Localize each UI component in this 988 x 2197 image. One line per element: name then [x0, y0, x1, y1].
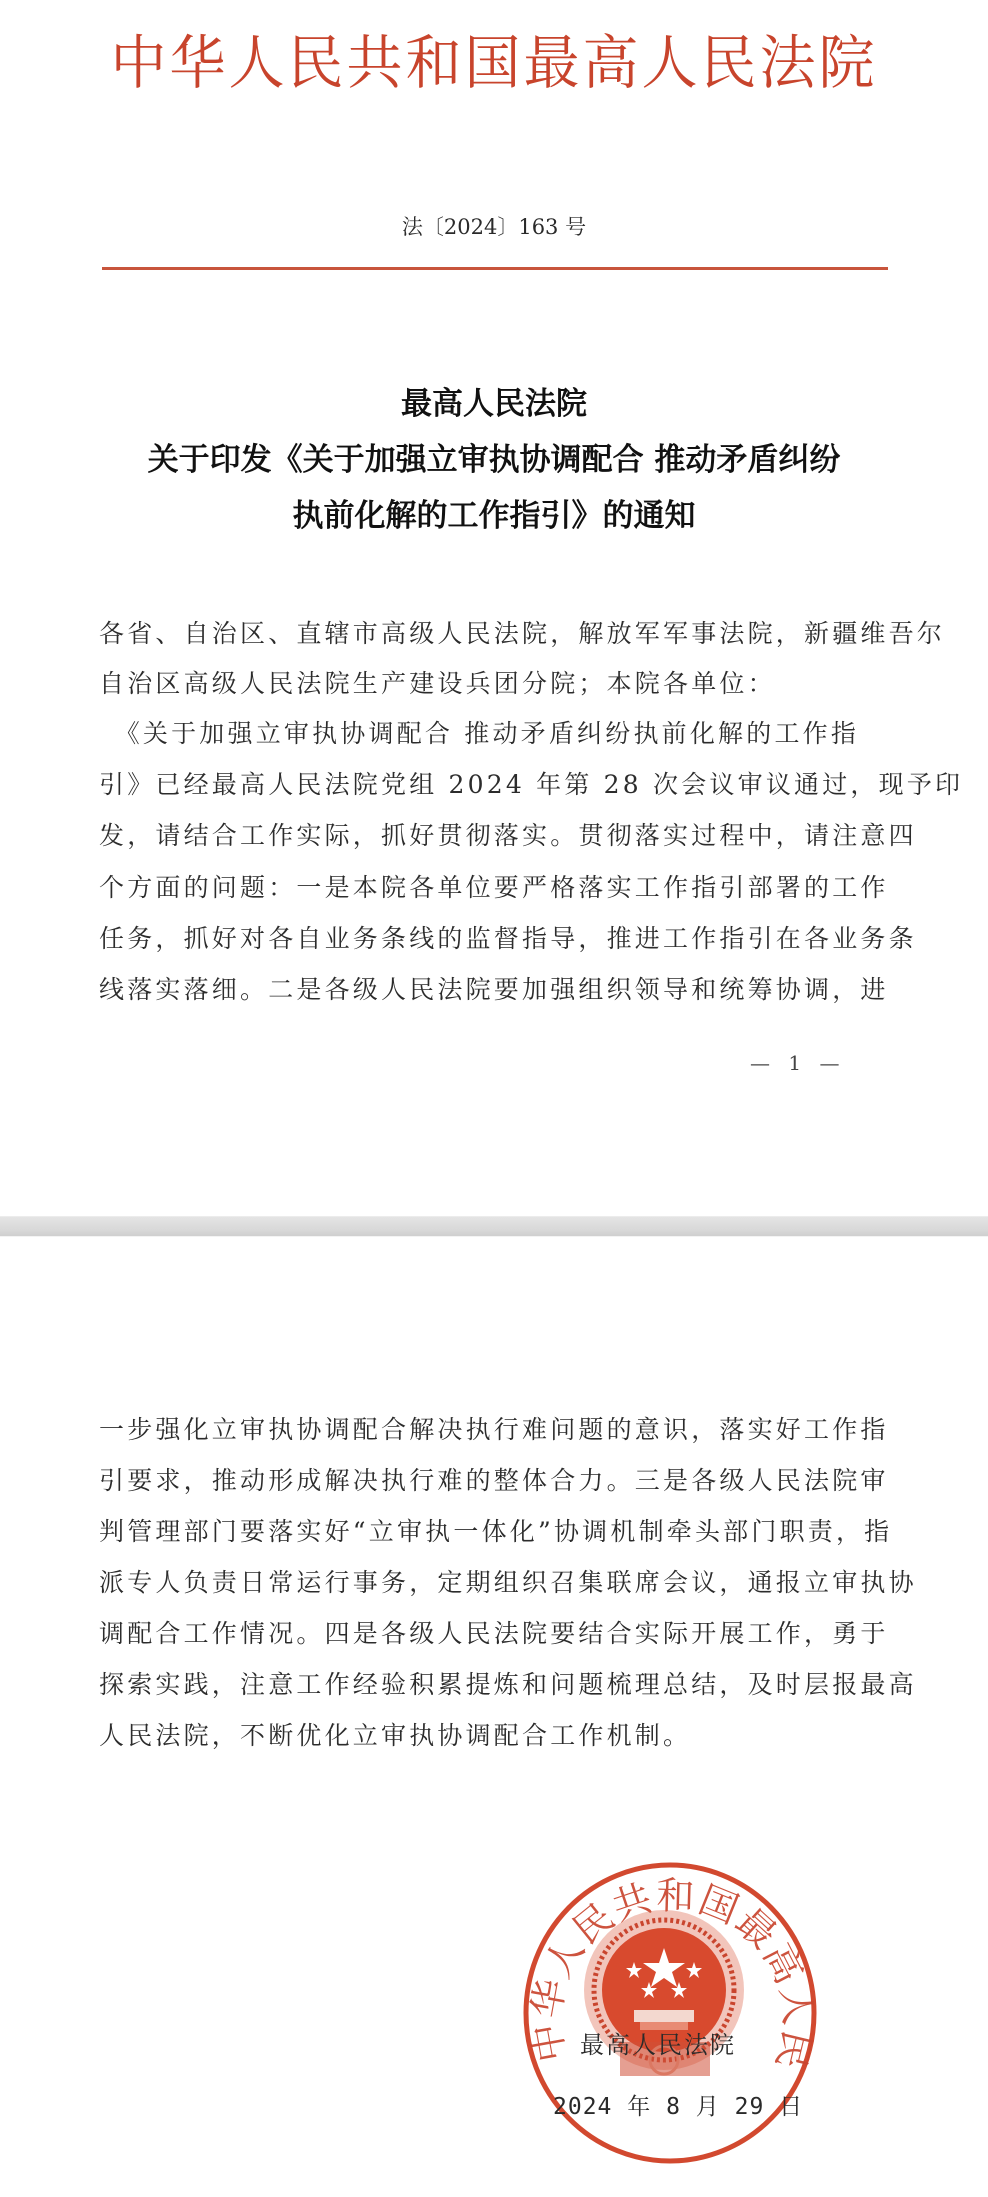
- body-line: 自治区高级人民法院生产建设兵团分院；本院各单位：: [99, 666, 889, 702]
- body-line: 个方面的问题：一是本院各单位要严格落实工作指引部署的工作: [99, 870, 889, 906]
- page-number: — 1 —: [750, 1050, 845, 1076]
- body-line: 人民法院，不断优化立审执协调配合工作机制。: [99, 1718, 889, 1754]
- body-line: 《关于加强立审执协调配合 推动矛盾纠纷执前化解的工作指: [99, 716, 889, 752]
- body-line: 判管理部门要落实好“立审执一体化”协调机制牵头部门职责，指: [99, 1514, 889, 1550]
- body-line: 一步强化立审执协调配合解决执行难问题的意识，落实好工作指: [99, 1412, 889, 1448]
- document-title-line-2: 关于印发《关于加强立审执协调配合 推动矛盾纠纷: [0, 440, 988, 480]
- body-line: 调配合工作情况。四是各级人民法院要结合实际开展工作，勇于: [99, 1616, 889, 1652]
- body-line: 派专人负责日常运行事务，定期组织召集联席会议，通报立审执协: [99, 1565, 889, 1601]
- body-line: 线落实落细。二是各级人民法院要加强组织领导和统筹协调，进: [99, 972, 889, 1008]
- signature-organization: 最高人民法院: [580, 2030, 736, 2060]
- body-line: 引》已经最高人民法院党组 2024 年第 28 次会议审议通过，现予印: [99, 767, 889, 803]
- red-divider-line: [102, 267, 888, 270]
- body-line: 探索实践，注意工作经验积累提炼和问题梳理总结，及时层报最高: [99, 1667, 889, 1703]
- document-title-line-1: 最高人民法院: [0, 384, 988, 424]
- body-line: 发，请结合工作实际，抓好贯彻落实。贯彻落实过程中，请注意四: [99, 818, 889, 854]
- body-line: 各省、自治区、直辖市高级人民法院，解放军军事法院，新疆维吾尔: [99, 616, 889, 652]
- issuer-red-header: 中华人民共和国最高人民法院: [0, 22, 988, 106]
- document-number: 法〔2024〕163 号: [0, 212, 988, 242]
- page-break-divider: [0, 1216, 988, 1237]
- body-line: 任务，抓好对各自业务条线的监督指导，推进工作指引在各业务条: [99, 921, 889, 957]
- body-line: 引要求，推动形成解决执行难的整体合力。三是各级人民法院审: [99, 1463, 889, 1499]
- signature-date: 2024 年 8 月 29 日: [553, 2092, 803, 2122]
- document-title-line-3: 执前化解的工作指引》的通知: [0, 496, 988, 536]
